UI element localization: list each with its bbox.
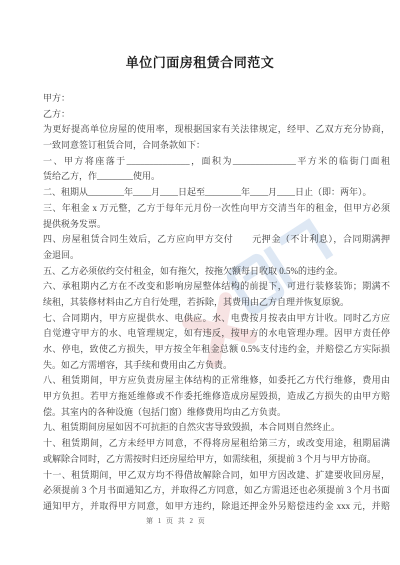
text-line: 六、承租期内乙方在不改变和影响房屋整体结构的前提下，可进行装修装饰；期满不 [43, 279, 390, 295]
text-line: 二、租期从________年____月____日起至________年____月… [43, 185, 390, 201]
text-line: 八、租赁期间，甲方应负责房屋主体结构的正常维修，如委托乙方代行维修，费用由 [43, 373, 390, 389]
text-line: 为更好提高单位房屋的使用率，现根据国家有关法律规定，经甲、乙双方充分协商， [43, 122, 390, 138]
text-line: 十、租赁期间，乙方未经甲方同意，不得将房屋租给第三方，或改变用途，租期届满 [43, 436, 390, 452]
document-body: 甲方：乙方：为更好提高单位房屋的使用率，现根据国家有关法律规定，经甲、乙双方充分… [43, 91, 390, 515]
text-line: 通知甲方，并取得甲方同意，如甲方违约，除退还押金外另赔偿违约金 xxx 元，并赔 [43, 499, 390, 515]
text-line: 必须提前 3 个月书面通知乙方，并取得乙方同意，如乙方需退还也必须提前 3 个月… [43, 483, 390, 499]
text-line: 四、房屋租赁合同生效后，乙方应向甲方交付 元押金（不计利息），合同期满押 [43, 232, 390, 248]
text-line: 金退回。 [43, 248, 390, 264]
page-number: 第 1 页 共 2 页 [146, 516, 206, 526]
text-line: 七、合同期内，甲方应提供水、电供应。水、电费按月按表由甲方计收。同时乙方应 [43, 311, 390, 327]
text-line: 提供税务发票。 [43, 217, 390, 233]
document-title: 单位门面房租赁合同范文 [0, 52, 400, 71]
text-line: 一致同意签订租赁合同，合同条款如下： [43, 138, 390, 154]
text-line: 或解除合同时，乙方需按时归还房屋给甲方，如需续租，须提前 3 个月与甲方协商。 [43, 452, 390, 468]
text-line: 水、停电，致使乙方损失，甲方按全年租金总额 0.5%支付违约金，并赔偿乙方实际损 [43, 342, 390, 358]
text-line: 甲方负担。若甲方拖延维修或不作委托维修造成房屋毁损，造成乙方损失的由甲方赔 [43, 389, 390, 405]
text-line: 五、乙方必须依约交付租金，如有拖欠，按拖欠额每日收取 0.5%的违约金。 [43, 264, 390, 280]
text-line: 续租，其装修材料由乙方自行处理，若拆除，其费用由乙方自理并恢复原貌。 [43, 295, 390, 311]
text-line: 一、甲方将座落于______________，面积为______________… [43, 154, 390, 170]
text-line: 九、租赁期间房屋如因不可抗拒的自然灾害导致毁损，本合同则自然终止。 [43, 420, 390, 436]
document-page: 单位门面房租赁合同范文 甲方：乙方：为更好提高单位房屋的使用率，现根据国家有关法… [0, 0, 400, 565]
text-line: 甲方： [43, 91, 390, 107]
text-line: 乙方： [43, 107, 390, 123]
text-line: 十一、租赁期间，甲乙双方均不得借故解除合同，如甲方因改建、扩建要收回房屋， [43, 468, 390, 484]
text-line: 自觉遵守甲方的水、电管理规定，如有违反，按甲方的水电管理办理。因甲方责任停 [43, 326, 390, 342]
text-line: 三、年租金 x 万元整，乙方于每年元月份一次性向甲方交清当年的租金，但甲方必须 [43, 201, 390, 217]
text-line: 失。如乙方需增容，其手续和费用由乙方负责。 [43, 358, 390, 374]
text-line: 赁给乙方，作________使用。 [43, 169, 390, 185]
text-line: 偿。其室内的各种设施（包括门窗）维修费用均由乙方负责。 [43, 405, 390, 421]
